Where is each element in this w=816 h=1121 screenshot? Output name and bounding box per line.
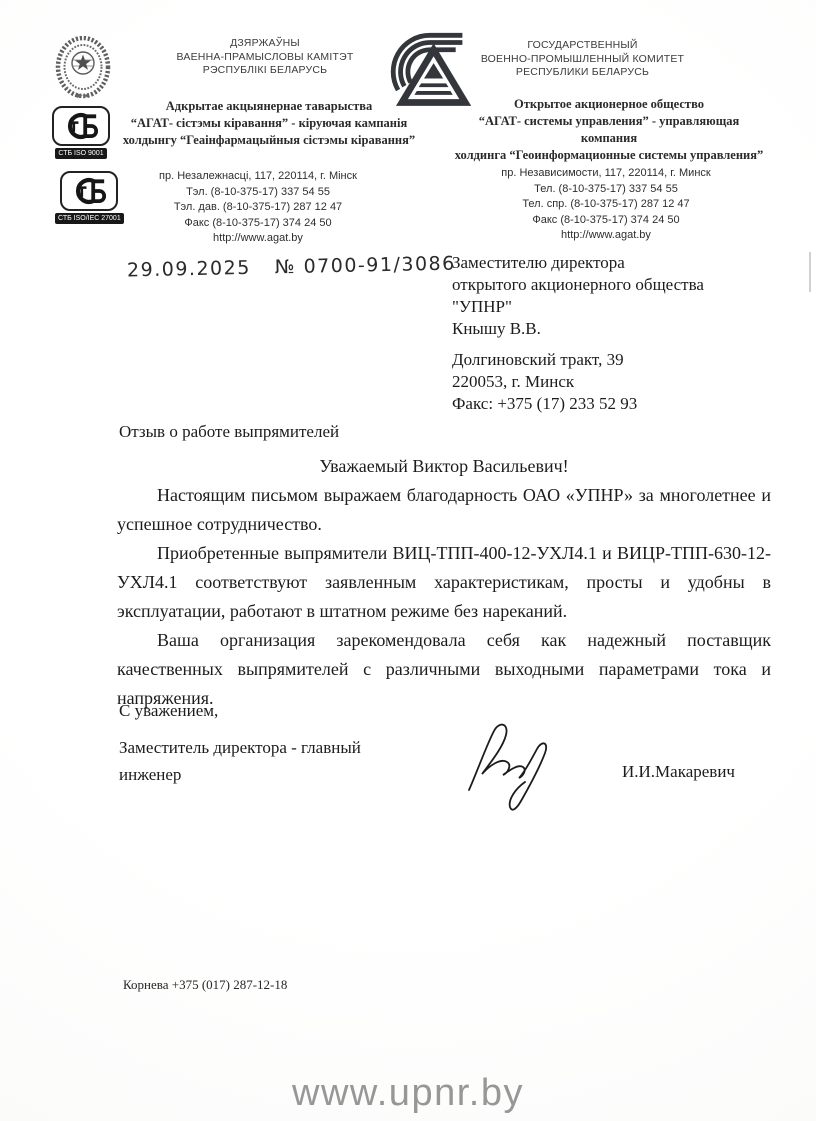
contact-ru-line: пр. Независимости, 117, 220114, г. Минск — [456, 166, 756, 182]
body-paragraph: Приобретенные выпрямители ВИЦ-ТПП-400-12… — [117, 539, 771, 626]
recipient-address-line: 220053, г. Минск — [452, 371, 782, 393]
company-name-ru: Открытое акционерное общество “АГАТ- сис… — [453, 96, 765, 164]
recipient-address-line: Факс: +375 (17) 233 52 93 — [452, 393, 782, 415]
contact-ru-line: Тел. спр. (8-10-375-17) 287 12 47 — [456, 197, 756, 213]
coat-of-arms-icon — [54, 36, 112, 105]
letter-date: 29.09.2025 — [127, 257, 251, 282]
addressee-block: Заместителю директора открытого акционер… — [452, 252, 782, 415]
stb-glyph-icon — [52, 106, 110, 146]
contact-ru-line: Тел. (8-10-375-17) 337 54 55 — [456, 182, 756, 198]
subject-line: Отзыв о работе выпрямителей — [119, 422, 339, 442]
company-ru-line: холдинга “Геоинформационные системы упра… — [453, 147, 765, 164]
contacts-block-by: пр. Незалежнасці, 117, 220114, г. Мінск … — [128, 169, 388, 247]
contact-ru-line: Факс (8-10-375-17) 374 24 50 — [456, 213, 756, 229]
company-ru-line: “АГАТ- системы управления” - управляющая… — [453, 113, 765, 147]
spacer — [452, 340, 782, 349]
committee-by-line: РЭСПУБЛІКІ БЕЛАРУСЬ — [140, 64, 390, 78]
closing-line: С уважением, — [119, 697, 218, 724]
stb-9001-label: СТБ ISO 9001 — [55, 148, 106, 159]
recipient-line: "УПНР" — [452, 296, 782, 318]
body-paragraph: Настоящим письмом выражаем благодарность… — [117, 481, 771, 539]
letter-body: Уважаемый Виктор Васильевич! Настоящим п… — [117, 452, 771, 713]
watermark: www.upnr.by — [0, 1072, 816, 1115]
signer-title: Заместитель директора - главный инженер — [119, 734, 419, 788]
recipient-line: Заместителю директора — [452, 252, 782, 274]
committee-name-ru: ГОСУДАРСТВЕННЫЙ ВОЕННО-ПРОМЫШЛЕННЫЙ КОМИ… — [440, 39, 725, 80]
company-by-line: Адкрытае акцыянернае таварыства — [113, 98, 425, 115]
reference-line: 29.09.2025№ 0700-91/3086 — [127, 253, 456, 282]
signer-name: И.И.Макаревич — [622, 758, 735, 785]
company-name-by: Адкрытае акцыянернае таварыства “АГАТ- с… — [113, 98, 425, 149]
committee-name-by: ДЗЯРЖАЎНЫ ВАЕННА-ПРАМЫСЛОВЫ КАМІТЭТ РЭСП… — [140, 37, 390, 78]
scan-artifact — [809, 252, 811, 292]
recipient-line: Кнышу В.В. — [452, 318, 782, 340]
company-by-line: холдынгу “Геаінфармацыйныя сістэмы кірав… — [113, 132, 425, 149]
scanned-letter-page: ДЗЯРЖАЎНЫ ВАЕННА-ПРАМЫСЛОВЫ КАМІТЭТ РЭСП… — [0, 0, 816, 1121]
signature-icon — [463, 714, 558, 819]
salutation: Уважаемый Виктор Васильевич! — [117, 452, 771, 481]
committee-ru-line: ВОЕННО-ПРОМЫШЛЕННЫЙ КОМИТЕТ — [440, 53, 725, 67]
committee-ru-line: ГОСУДАРСТВЕННЫЙ — [440, 39, 725, 53]
agat-url-by: http://www.agat.by — [128, 231, 388, 247]
stb-27001-label: СТБ ISO/IEC 27001 — [55, 213, 124, 224]
contact-by-line: пр. Незалежнасці, 117, 220114, г. Мінск — [128, 169, 388, 185]
contact-by-line: Тэл. (8-10-375-17) 337 54 55 — [128, 185, 388, 201]
stb-27001-badge: СТБ ISO/IEC 27001 — [55, 171, 124, 224]
committee-ru-line: РЕСПУБЛИКИ БЕЛАРУСЬ — [440, 66, 725, 80]
recipient-line: открытого акционерного общества — [452, 274, 782, 296]
company-by-line: “АГАТ- сістэмы кіравання” - кіруючая кам… — [113, 115, 425, 132]
contact-by-line: Тэл. дав. (8-10-375-17) 287 12 47 — [128, 200, 388, 216]
contact-by-line: Факс (8-10-375-17) 374 24 50 — [128, 216, 388, 232]
executor-contact: Корнева +375 (017) 287-12-18 — [123, 977, 287, 993]
committee-by-line: ДЗЯРЖАЎНЫ — [140, 37, 390, 51]
committee-by-line: ВАЕННА-ПРАМЫСЛОВЫ КАМІТЭТ — [140, 51, 390, 65]
recipient-address-line: Долгиновский тракт, 39 — [452, 349, 782, 371]
company-ru-line: Открытое акционерное общество — [453, 96, 765, 113]
stb-9001-badge: СТБ ISO 9001 — [52, 106, 110, 159]
agat-url-ru: http://www.agat.by — [456, 228, 756, 244]
contacts-block-ru: пр. Независимости, 117, 220114, г. Минск… — [456, 166, 756, 244]
stb-glyph-icon — [60, 171, 118, 211]
letter-number: № 0700-91/3086 — [275, 253, 456, 279]
